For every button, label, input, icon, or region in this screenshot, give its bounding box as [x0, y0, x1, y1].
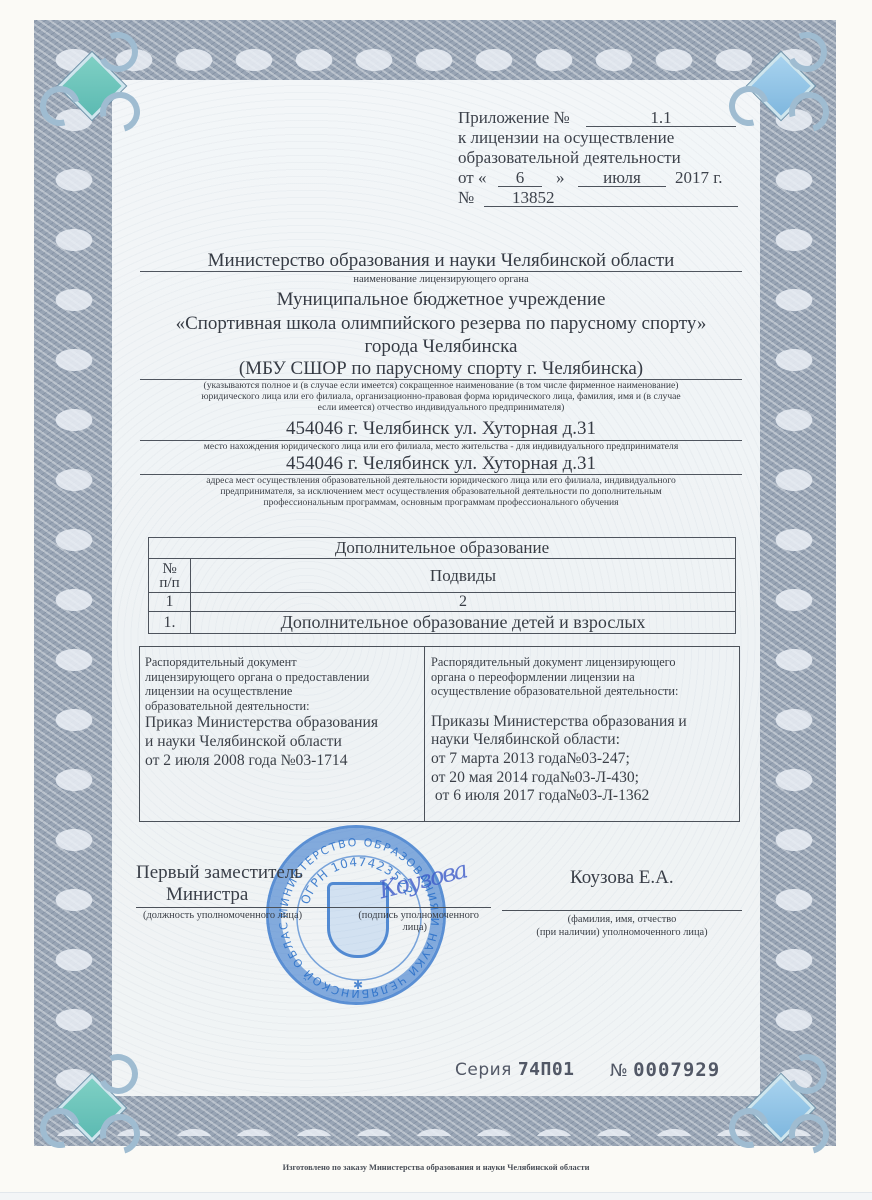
licensee-caption-3: если имеется) отчество индивидуального п…	[140, 402, 742, 413]
date-month: июля	[578, 168, 666, 187]
grant-caption-line: лицензии на осуществление	[145, 684, 419, 699]
document-content: Приложение № 1.1 к лицензии на осуществл…	[0, 0, 872, 1200]
licensee-short-name: (МБУ СШОР по парусному спорту г. Челябин…	[140, 358, 742, 380]
signatory-position: Первый заместитель Министра	[136, 862, 303, 906]
col-num-header-line-1: №	[149, 562, 190, 576]
signature-caption-line-1: (подпись уполномоченного	[357, 910, 479, 922]
star-icon: ✱	[353, 978, 363, 993]
position-signature-rule	[136, 907, 491, 908]
name-caption-line-2: (при наличии) уполномоченного лица)	[502, 926, 742, 939]
grant-order-line: и науки Челябинской области	[145, 733, 419, 752]
signature-caption-line-2: лица)	[357, 922, 479, 934]
index-cell: 2	[191, 593, 736, 612]
position-line-2: Министра	[136, 884, 303, 906]
number-value: 0007929	[633, 1059, 720, 1081]
reissue-order-line: от 20 мая 2014 года№03-Л-430;	[431, 769, 734, 788]
series-value: 74П01	[518, 1059, 575, 1080]
table-title: Дополнительное образование	[149, 538, 736, 559]
licensee-line-3: города Челябинска	[140, 336, 742, 358]
grant-order-line: Приказ Министерства образования	[145, 714, 419, 733]
col-subtype-header: Подвиды	[191, 559, 736, 593]
issuer-caption: наименование лицензирующего органа	[140, 274, 742, 285]
reissue-orders: Приказы Министерства образования и науки…	[431, 713, 734, 806]
reissue-caption-line: органа о переоформлении лицензии на	[431, 670, 734, 685]
license-number-label: №	[458, 188, 474, 207]
scan-edge	[0, 1192, 872, 1200]
education-table: Дополнительное образование № п/п Подвиды…	[148, 537, 736, 634]
name-caption-line-1: (фамилия, имя, отчество	[502, 913, 742, 926]
row-subtype: Дополнительное образование детей и взрос…	[191, 612, 736, 634]
appendix-label: Приложение №	[458, 108, 570, 127]
appendix-line-2: к лицензии на осуществление	[458, 128, 748, 148]
reissue-caption-line: Распорядительный документ лицензирующего	[431, 655, 734, 670]
index-cell: 1	[149, 593, 191, 612]
blank-series: Серия 74П01	[455, 1059, 575, 1080]
reissue-order-line: от 6 июля 2017 года№03-Л-1362	[431, 787, 734, 806]
license-number: 13852	[484, 188, 738, 207]
signature-caption: (подпись уполномоченного лица)	[357, 910, 479, 934]
reissue-order-line: от 7 марта 2013 года№03-247;	[431, 750, 734, 769]
position-line-1: Первый заместитель	[136, 862, 303, 884]
date-year: 2017 г.	[675, 168, 723, 188]
issuer-name: Министерство образования и науки Челябин…	[140, 250, 742, 272]
date-quote: »	[556, 168, 565, 188]
issuer-rule	[140, 271, 742, 272]
series-label: Серия	[455, 1060, 512, 1080]
location-caption: место нахождения юридического лица или е…	[140, 441, 742, 452]
signatory-name: Коузова Е.А.	[570, 867, 674, 889]
licensee-caption-2: юридического лица или его филиала, орган…	[140, 391, 742, 402]
grant-caption-line: лицензирующего органа о предоставлении	[145, 670, 419, 685]
number-label: №	[610, 1061, 628, 1081]
table-index-row: 1 2	[149, 593, 736, 612]
activity-address: 454046 г. Челябинск ул. Хуторная д.31	[140, 453, 742, 475]
date-day: 6	[498, 168, 542, 187]
col-num-header-line-2: п/п	[149, 576, 190, 590]
reissue-order-line: Приказы Министерства образования и	[431, 713, 734, 732]
printer-note: Изготовлено по заказу Министерства образ…	[0, 1163, 872, 1172]
administrative-documents: Распорядительный документ лицензирующего…	[139, 646, 740, 822]
reissue-caption-line: осуществление образовательной деятельнос…	[431, 684, 734, 699]
name-rule	[502, 910, 742, 911]
activity-caption-3: профессиональным программам, основным пр…	[140, 497, 742, 508]
licensee-line-1: Муниципальное бюджетное учреждение	[140, 289, 742, 311]
reissue-document: Распорядительный документ лицензирующего…	[425, 647, 739, 821]
location-address: 454046 г. Челябинск ул. Хуторная д.31	[140, 418, 742, 440]
grant-order: Приказ Министерства образования и науки …	[145, 714, 419, 770]
date-prefix: от «	[458, 168, 486, 187]
name-caption: (фамилия, имя, отчество (при наличии) уп…	[502, 913, 742, 939]
table-row: 1. Дополнительное образование детей и вз…	[149, 612, 736, 634]
licensee-caption-1: (указываются полное и (в случае если име…	[140, 380, 742, 391]
grant-document: Распорядительный документ лицензирующего…	[140, 647, 425, 821]
reissue-order-line: науки Челябинской области:	[431, 731, 734, 750]
licensee-line-2: «Спортивная школа олимпийского резерва п…	[140, 313, 742, 335]
grant-order-line: от 2 июля 2008 года №03-1714	[145, 752, 419, 771]
blank-number: № 0007929	[610, 1059, 720, 1081]
appendix-line-3: образовательной деятельности	[458, 148, 748, 168]
col-num-header: № п/п	[149, 559, 191, 593]
grant-caption-line: Распорядительный документ	[145, 655, 419, 670]
grant-caption-line: образовательной деятельности:	[145, 699, 419, 714]
activity-caption-2: предпринимателя, за исключением мест осу…	[140, 486, 742, 497]
row-number: 1.	[149, 612, 191, 634]
activity-caption-1: адреса мест осуществления образовательно…	[140, 475, 742, 486]
appendix-number: 1.1	[586, 108, 736, 127]
appendix-header: Приложение № 1.1 к лицензии на осуществл…	[458, 108, 748, 208]
position-caption: (должность уполномоченного лица)	[143, 910, 302, 922]
